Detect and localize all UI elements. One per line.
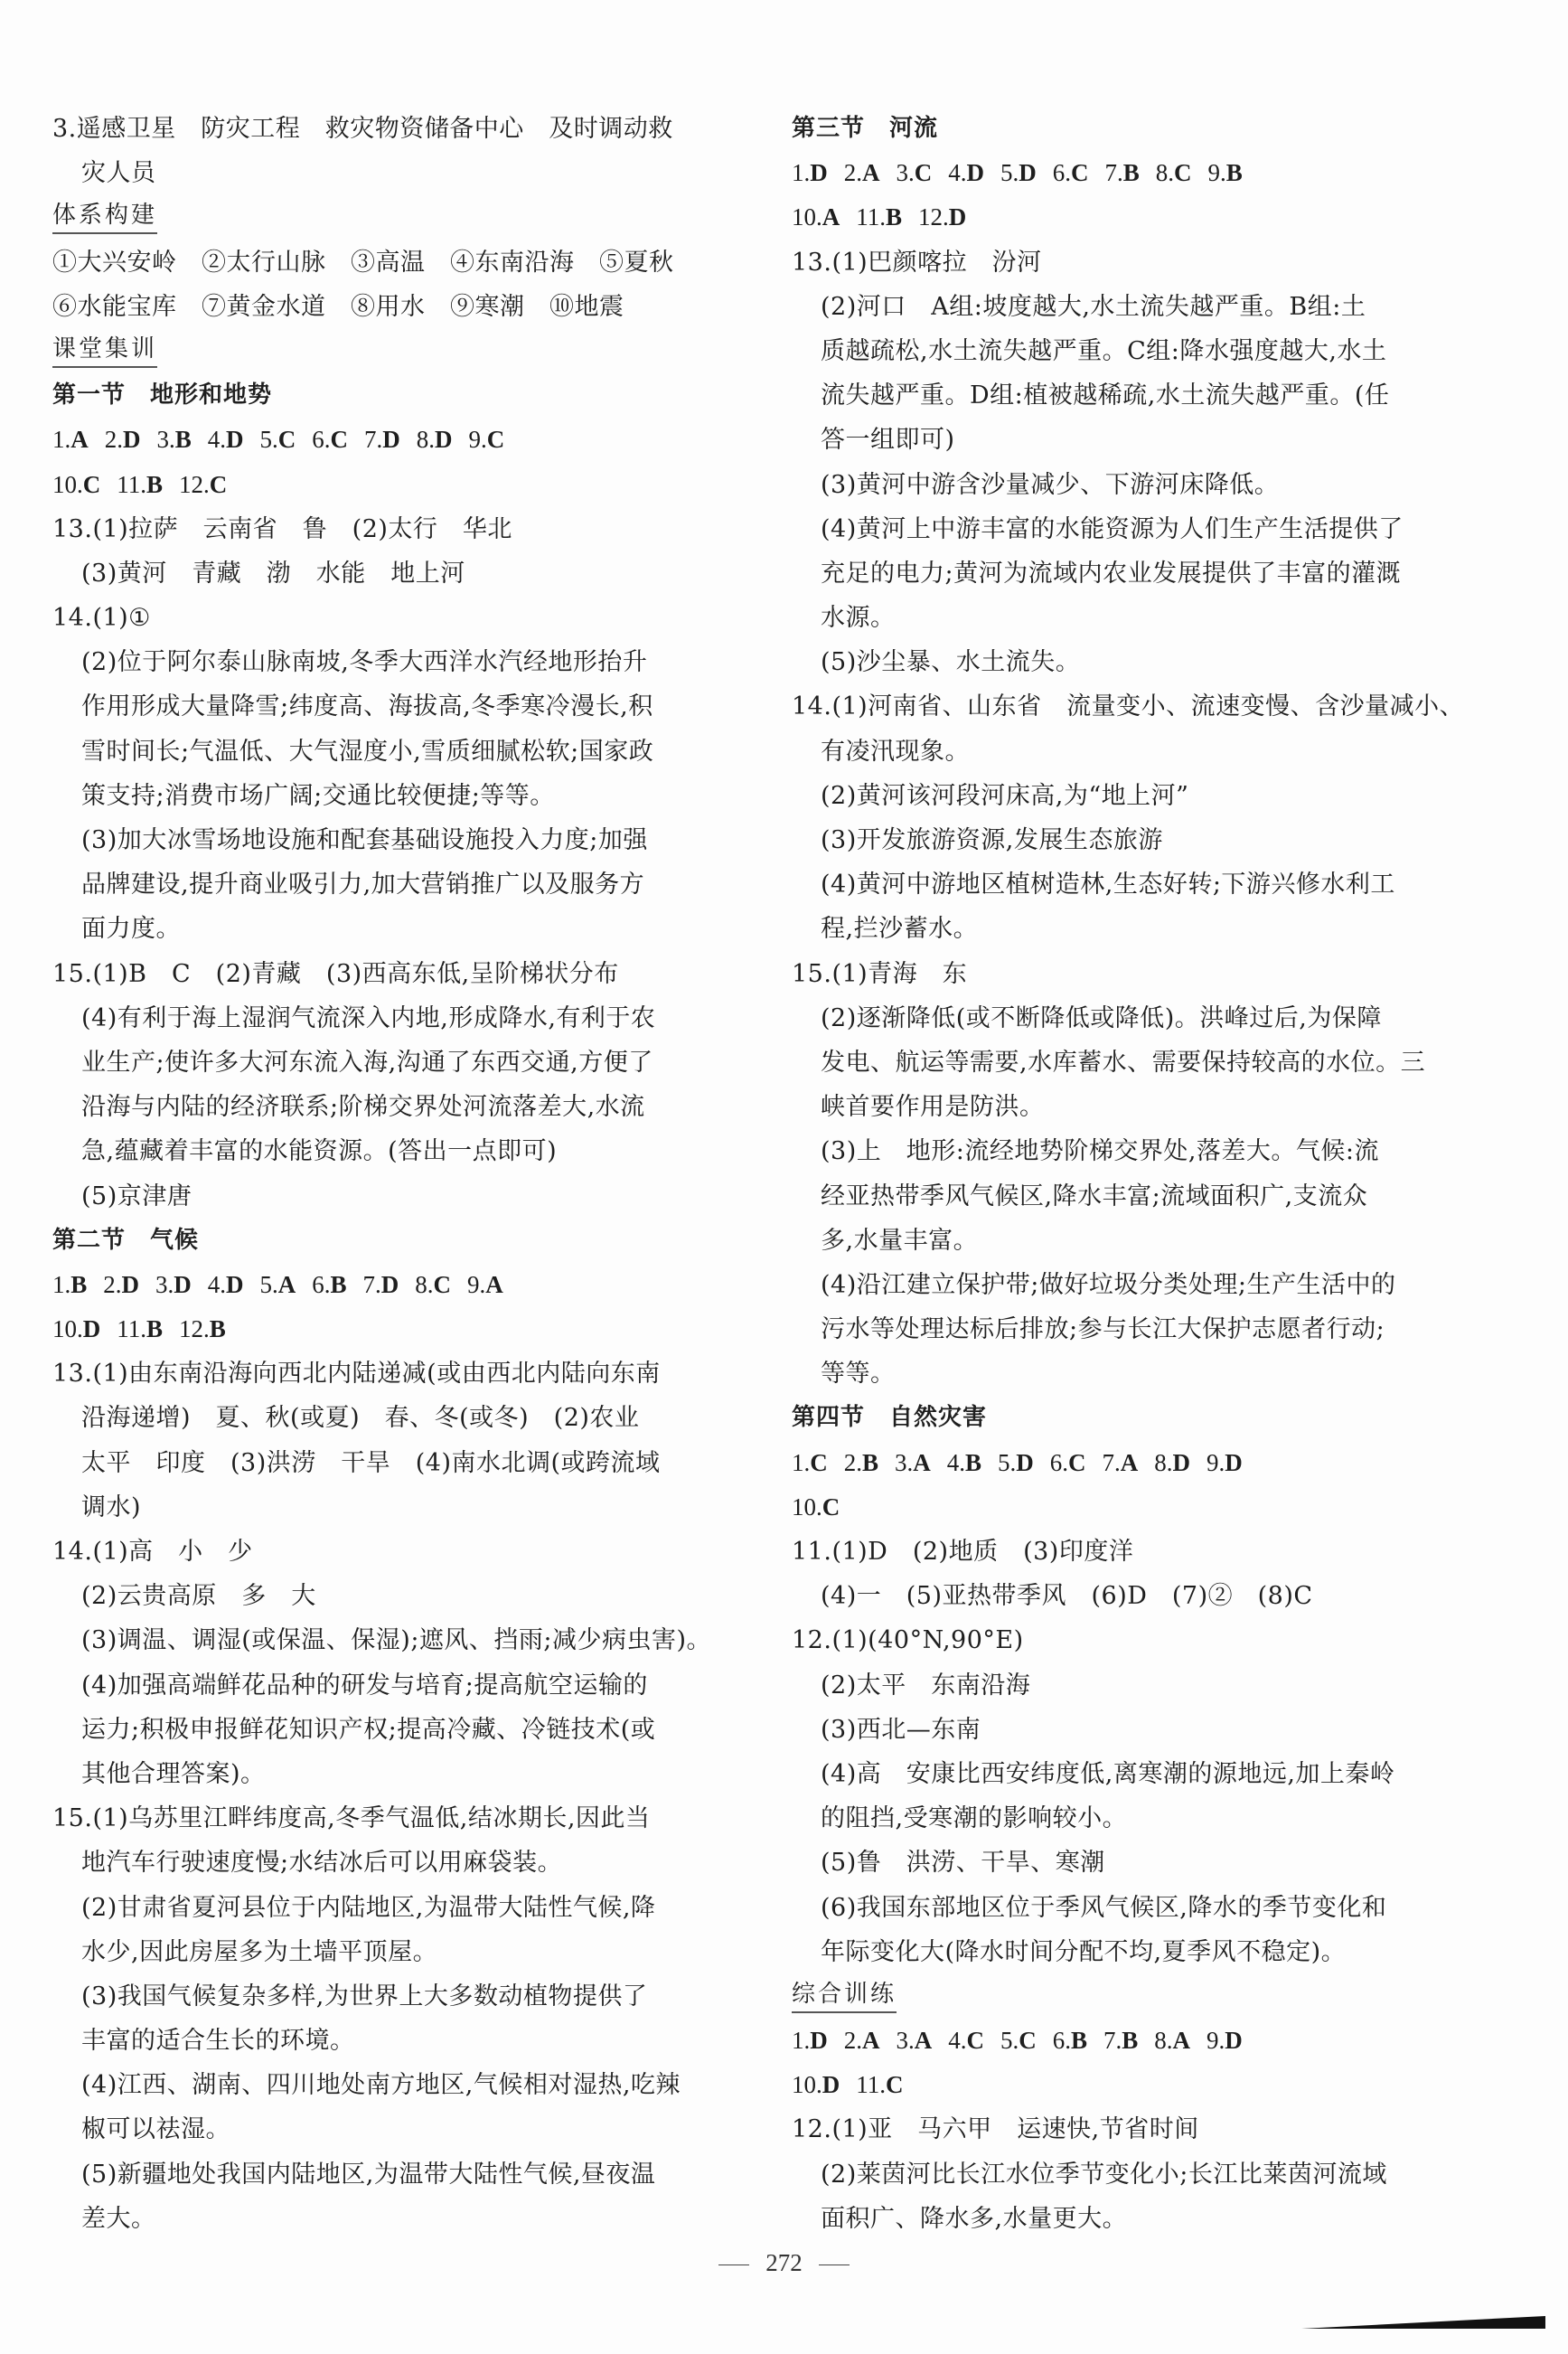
text-line: 14.(1)河南省、山东省 流量变小、流速变慢、含沙量减小、	[792, 684, 1460, 729]
question-number: 4.	[208, 1271, 226, 1298]
mc-answer: 7.A	[1103, 1441, 1139, 1485]
mc-answer: 5.D	[998, 1441, 1034, 1485]
question-number: 10.	[792, 1493, 822, 1521]
answer-letter: D	[174, 1271, 192, 1298]
answer-letter: A	[70, 426, 89, 453]
section-title: 第四节 自然灾害	[792, 1396, 1460, 1440]
question-number: 1.	[792, 159, 810, 186]
text-line: 程,拦沙蓄水。	[792, 907, 1460, 951]
mc-answer: 10.D	[792, 2063, 840, 2107]
text-line: 12.(1)(40°N,90°E)	[792, 1618, 1460, 1662]
question-number: 6.	[312, 426, 330, 453]
page-edge-shadow	[1301, 2316, 1545, 2329]
answer-letter: C	[1068, 1449, 1086, 1476]
question-number: 5.	[1000, 2027, 1019, 2054]
text-line: 发电、航运等需要,水库蓄水、需要保持较高的水位。三	[792, 1040, 1460, 1085]
block-title-classroom-training: 课堂集训	[52, 329, 721, 373]
text-line: 品牌建设,提升商业吸引力,加大营销推广以及服务方	[52, 862, 721, 907]
mc-answer: 6.B	[312, 1263, 346, 1307]
text-line: 调水)	[52, 1485, 721, 1530]
text-line: (4)黄河上中游丰富的水能资源为人们生产生活提供了	[792, 507, 1460, 551]
text-line: 15.(1)青海 东	[792, 952, 1460, 996]
mc-answer: 1.B	[52, 1263, 87, 1307]
mc-answers-row: 1.C2.B3.A4.B5.D6.C7.A8.D9.D	[792, 1441, 1460, 1485]
answer-letter: A	[862, 2027, 880, 2054]
text-line: 水少,因此房屋多为土墙平顶屋。	[52, 1930, 721, 1974]
text-line: (2)河口 A组:坡度越大,水土流失越严重。B组:土	[792, 285, 1460, 329]
mc-answer: 3.A	[895, 1441, 931, 1485]
answer-letter: D	[123, 426, 141, 453]
answer-letter: A	[1121, 1449, 1139, 1476]
text-line: ①大兴安岭 ②太行山脉 ③高温 ④东南沿海 ⑤夏秋	[52, 240, 721, 285]
question-number: 2.	[844, 1449, 862, 1476]
answer-letter: B	[146, 1315, 163, 1342]
mc-answers-row: 1.D2.A3.C4.D5.D6.C7.B8.C9.B	[792, 151, 1460, 195]
mc-answer: 8.A	[1154, 2019, 1190, 2063]
right-column: 第三节 河流 1.D2.A3.C4.D5.D6.C7.B8.C9.B 10.A1…	[792, 107, 1460, 2241]
text-line: (4)有利于海上湿润气流深入内地,形成降水,有利于农	[52, 996, 721, 1040]
question-number: 2.	[844, 2027, 862, 2054]
text-line: (3)开发旅游资源,发展生态旅游	[792, 818, 1460, 862]
mc-answers-row: 10.C	[792, 1485, 1460, 1530]
answer-letter: C	[487, 426, 505, 453]
mc-answer: 9.C	[469, 418, 505, 462]
text-line: 太平 印度 (3)洪涝 干旱 (4)南水北调(或跨流域	[52, 1441, 721, 1485]
question-number: 5.	[260, 1271, 278, 1298]
text-line: 15.(1)B C (2)青藏 (3)西高东低,呈阶梯状分布	[52, 952, 721, 996]
text-line: (3)我国气候复杂多样,为世界上大多数动植物提供了	[52, 1974, 721, 2019]
text-line: (2)云贵高原 多 大	[52, 1574, 721, 1618]
answer-lines: 12.(1)亚 马六甲 运速快,节省时间(2)莱茵河比长江水位季节变化小;长江比…	[792, 2107, 1460, 2241]
mc-answer: 12.D	[918, 195, 966, 240]
answer-letter: B	[146, 471, 163, 498]
question-number: 1.	[52, 1271, 70, 1298]
text-line: (2)太平 东南沿海	[792, 1663, 1460, 1708]
question-number: 9.	[469, 426, 487, 453]
question-number: 2.	[103, 1271, 121, 1298]
text-line: 的阻挡,受寒潮的影响较小。	[792, 1796, 1460, 1841]
answer-lines: 11.(1)D (2)地质 (3)印度洋(4)一 (5)亚热带季风 (6)D (…	[792, 1530, 1460, 1974]
question-number: 1.	[792, 2027, 810, 2054]
text-line: 11.(1)D (2)地质 (3)印度洋	[792, 1530, 1460, 1574]
mc-answer: 12.B	[179, 1307, 226, 1351]
text-line: 雪时间长;气温低、大气湿度小,雪质细腻松软;国家政	[52, 730, 721, 774]
text-line: (5)新疆地处我国内陆地区,为温带大陆性气候,昼夜温	[52, 2152, 721, 2197]
question-number: 7.	[1103, 1449, 1121, 1476]
answer-letter: B	[862, 1449, 878, 1476]
answer-letter: C	[331, 426, 349, 453]
mc-answer: 1.D	[792, 2019, 828, 2063]
answer-letter: C	[810, 1449, 828, 1476]
question-number: 8.	[1156, 159, 1174, 186]
mc-answer: 6.B	[1053, 2019, 1087, 2063]
block-title-label: 综合训练	[792, 1977, 897, 2013]
question-number: 4.	[947, 1449, 965, 1476]
question-number: 3.	[895, 1449, 913, 1476]
mc-answer: 4.D	[208, 1263, 244, 1307]
mc-answer: 9.D	[1207, 2019, 1243, 2063]
page-number: 272	[765, 2249, 803, 2276]
question-number: 1.	[52, 426, 70, 453]
answer-lines: 13.(1)拉萨 云南省 鲁 (2)太行 华北(3)黄河 青藏 渤 水能 地上河…	[52, 507, 721, 1219]
text-line: (2)位于阿尔泰山脉南坡,冬季大西洋水汽经地形抬升	[52, 640, 721, 684]
text-line: (4)高 安康比西安纬度低,离寒潮的源地远,加上秦岭	[792, 1752, 1460, 1796]
mc-answer: 2.D	[103, 1263, 139, 1307]
text-line: 质越疏松,水土流失越严重。C组:降水强度越大,水土	[792, 329, 1460, 373]
text-line: 其他合理答案)。	[52, 1752, 721, 1796]
text-line: 多,水量丰富。	[792, 1219, 1460, 1263]
text-line: 3.遥感卫星 防灾工程 救灾物资储备中心 及时调动救	[52, 107, 721, 151]
text-line: 水源。	[792, 596, 1460, 640]
question-number: 12.	[179, 1315, 210, 1342]
mc-answer: 3.D	[155, 1263, 192, 1307]
text-line: (2)甘肃省夏河县位于内陆地区,为温带大陆性气候,降	[52, 1886, 721, 1930]
text-line: 面积广、降水多,水量更大。	[792, 2197, 1460, 2241]
answer-letter: D	[1225, 2027, 1243, 2054]
mc-answer: 6.C	[312, 418, 348, 462]
mc-answer: 11.B	[117, 463, 163, 507]
question-number: 8.	[417, 426, 435, 453]
mc-answer: 5.D	[1000, 151, 1037, 195]
question-number: 4.	[208, 426, 226, 453]
mc-answer: 8.D	[1154, 1441, 1190, 1485]
text-line: (3)上 地形:流经地势阶梯交界处,落差大。气候:流	[792, 1129, 1460, 1173]
answer-letter: D	[810, 159, 828, 186]
answer-letter: D	[122, 1271, 140, 1298]
mc-answer: 5.C	[260, 418, 296, 462]
question-number: 6.	[1053, 2027, 1071, 2054]
text-line: 答一组即可)	[792, 418, 1460, 462]
answer-letter: A	[278, 1271, 296, 1298]
section-title: 第二节 气候	[52, 1219, 721, 1263]
answer-letter: C	[278, 426, 296, 453]
text-line: (5)京津唐	[52, 1174, 721, 1219]
footer-dash-right	[819, 2265, 850, 2265]
mc-answers-row: 1.D2.A3.A4.C5.C6.B7.B8.A9.D	[792, 2019, 1460, 2063]
question-number: 6.	[1050, 1449, 1068, 1476]
mc-answer: 6.C	[1053, 151, 1089, 195]
mc-answer: 8.D	[417, 418, 453, 462]
text-line: 年际变化大(降水时间分配不均,夏季风不稳定)。	[792, 1930, 1460, 1974]
answer-letter: D	[435, 426, 453, 453]
question-number: 8.	[1154, 1449, 1172, 1476]
mc-answer: 3.C	[897, 151, 933, 195]
mc-answer: 4.D	[948, 151, 984, 195]
mc-answer: 11.B	[117, 1307, 163, 1351]
question-number: 2.	[844, 159, 862, 186]
text-line: 面力度。	[52, 907, 721, 951]
question-number: 7.	[364, 426, 382, 453]
answer-letter: A	[485, 1271, 503, 1298]
text-line: 污水等处理达标后排放;参与长江大保护志愿者行动;	[792, 1307, 1460, 1351]
block-title-system-construction: 体系构建	[52, 195, 721, 240]
answer-letter: D	[381, 1271, 399, 1298]
mc-answer: 1.A	[52, 418, 89, 462]
text-line: (5)鲁 洪涝、干旱、寒潮	[792, 1841, 1460, 1885]
answer-letter: C	[1071, 159, 1089, 186]
question-number: 6.	[1053, 159, 1071, 186]
text-line: 灾人员	[52, 151, 721, 195]
mc-answer: 2.B	[844, 1441, 878, 1485]
text-line: 策支持;消费市场广阔;交通比较便捷;等等。	[52, 774, 721, 818]
answer-letter: A	[862, 159, 880, 186]
question-number: 4.	[948, 2027, 966, 2054]
mc-answer: 7.B	[1103, 2019, 1138, 2063]
mc-answer: 5.C	[1000, 2019, 1037, 2063]
text-line: (4)一 (5)亚热带季风 (6)D (7)② (8)C	[792, 1574, 1460, 1618]
text-line: 地汽车行驶速度慢;水结冰后可以用麻袋装。	[52, 1841, 721, 1885]
question-number: 11.	[856, 2071, 886, 2098]
question-number: 5.	[998, 1449, 1016, 1476]
text-line: 急,蕴藏着丰富的水能资源。(答出一点即可)	[52, 1129, 721, 1173]
text-line: 有凌汛现象。	[792, 730, 1460, 774]
block-title-comprehensive-training: 综合训练	[792, 1974, 1460, 2019]
text-line: (3)调温、调湿(或保温、保湿);遮风、挡雨;减少病虫害)。	[52, 1618, 721, 1662]
text-line: ⑥水能宝库 ⑦黄金水道 ⑧用水 ⑨寒潮 ⑩地震	[52, 285, 721, 329]
text-line: 13.(1)巴颜喀拉 汾河	[792, 240, 1460, 285]
answer-letter: B	[886, 203, 902, 231]
answer-letter: C	[915, 159, 933, 186]
answer-letter: B	[175, 426, 192, 453]
mc-answer: 5.A	[260, 1263, 296, 1307]
answer-letter: C	[210, 471, 228, 498]
question-number: 11.	[117, 471, 146, 498]
block-title-label: 体系构建	[52, 198, 157, 234]
answer-letter: D	[226, 1271, 244, 1298]
text-line: 13.(1)拉萨 云南省 鲁 (2)太行 华北	[52, 507, 721, 551]
question-number: 7.	[363, 1271, 381, 1298]
text-line: (2)黄河该河段河床高,为“地上河”	[792, 774, 1460, 818]
answer-letter: C	[886, 2071, 904, 2098]
text-line: 沿海与内陆的经济联系;阶梯交界处河流落差大,水流	[52, 1085, 721, 1129]
text-line: (3)加大冰雪场地设施和配套基础设施投入力度;加强	[52, 818, 721, 862]
question-number: 9.	[1208, 159, 1226, 186]
answer-letter: C	[822, 1493, 840, 1521]
answer-letter: D	[1019, 159, 1037, 186]
question-number: 12.	[918, 203, 949, 231]
question-number: 10.	[792, 203, 822, 231]
mc-answer: 4.B	[947, 1441, 981, 1485]
question-number: 8.	[1154, 2027, 1172, 2054]
mc-answer: 10.C	[52, 463, 100, 507]
answer-letter: D	[810, 2027, 828, 2054]
page-footer: 272	[0, 2249, 1568, 2277]
question-number: 3.	[897, 2027, 915, 2054]
text-line: 等等。	[792, 1351, 1460, 1396]
mc-answer: 9.B	[1208, 151, 1243, 195]
mc-answer: 2.A	[844, 151, 880, 195]
text-line: (3)西北—东南	[792, 1708, 1460, 1752]
question-number: 10.	[52, 1315, 83, 1342]
question-number: 9.	[467, 1271, 485, 1298]
text-line: (3)黄河 青藏 渤 水能 地上河	[52, 551, 721, 596]
question-number: 9.	[1207, 2027, 1225, 2054]
answer-letter: B	[1122, 2027, 1138, 2054]
mc-answer: 10.C	[792, 1485, 840, 1530]
mc-answer: 7.D	[364, 418, 400, 462]
question-number: 4.	[948, 159, 966, 186]
answer-letter: B	[70, 1271, 87, 1298]
section-title: 第三节 河流	[792, 107, 1460, 151]
section-title: 第一节 地形和地势	[52, 373, 721, 418]
mc-answers-row: 1.B2.D3.D4.D5.A6.B7.D8.C9.A	[52, 1263, 721, 1307]
text-line: 充足的电力;黄河为流域内农业发展提供了丰富的灌溉	[792, 551, 1460, 596]
text-line: (4)江西、湖南、四川地处南方地区,气候相对湿热,吃辣	[52, 2063, 721, 2107]
question-number: 5.	[260, 426, 278, 453]
answer-letter: D	[1016, 1449, 1034, 1476]
answer-letter: B	[210, 1315, 226, 1342]
answer-letter: C	[434, 1271, 452, 1298]
mc-answer: 9.A	[467, 1263, 503, 1307]
question-number: 3.	[897, 159, 915, 186]
mc-answer: 10.D	[52, 1307, 100, 1351]
text-line: 沿海递增) 夏、秋(或夏) 春、冬(或冬) (2)农业	[52, 1396, 721, 1440]
footer-dash-left	[718, 2265, 749, 2265]
mc-answer: 1.C	[792, 1441, 828, 1485]
mc-answers-row: 10.D11.C	[792, 2063, 1460, 2107]
text-line: 丰富的适合生长的环境。	[52, 2019, 721, 2063]
mc-answers-row: 10.C11.B12.C	[52, 463, 721, 507]
answer-letter: A	[913, 1449, 931, 1476]
text-line: 差大。	[52, 2197, 721, 2241]
answer-letter: C	[1019, 2027, 1037, 2054]
question-number: 2.	[105, 426, 123, 453]
text-line: (4)加强高端鲜花品种的研发与培育;提高航空运输的	[52, 1663, 721, 1708]
answer-letter: C	[83, 471, 101, 498]
text-line: (5)沙尘暴、水土流失。	[792, 640, 1460, 684]
question-number: 8.	[415, 1271, 433, 1298]
mc-answers-row: 10.A11.B12.D	[792, 195, 1460, 240]
text-line: (3)黄河中游含沙量减少、下游河床降低。	[792, 463, 1460, 507]
answer-letter: A	[1173, 2027, 1191, 2054]
answer-lines: 13.(1)巴颜喀拉 汾河(2)河口 A组:坡度越大,水土流失越严重。B组:土质…	[792, 240, 1460, 1397]
answer-letter: B	[331, 1271, 347, 1298]
question-number: 10.	[792, 2071, 822, 2098]
answer-letter: C	[967, 2027, 985, 2054]
answer-letter: D	[949, 203, 967, 231]
answer-letter: A	[915, 2027, 933, 2054]
mc-answer: 8.C	[415, 1263, 451, 1307]
answer-letter: D	[822, 2071, 840, 2098]
answer-letter: C	[1174, 159, 1192, 186]
text-line: (2)逐渐降低(或不断降低或降低)。洪峰过后,为保障	[792, 996, 1460, 1040]
mc-answer: 11.B	[856, 195, 902, 240]
block-title-label: 课堂集训	[52, 332, 157, 368]
left-column: 3.遥感卫星 防灾工程 救灾物资储备中心 及时调动救 灾人员 体系构建 ①大兴安…	[52, 107, 721, 2241]
mc-answer: 3.A	[897, 2019, 933, 2063]
text-line: 椒可以祛湿。	[52, 2107, 721, 2152]
answer-lines: 13.(1)由东南沿海向西北内陆递减(或由西北内陆向东南沿海递增) 夏、秋(或夏…	[52, 1351, 721, 2241]
mc-answer: 3.B	[157, 418, 192, 462]
question-number: 9.	[1207, 1449, 1225, 1476]
question-number: 3.	[157, 426, 175, 453]
mc-answers-row: 1.A2.D3.B4.D5.C6.C7.D8.D9.C	[52, 418, 721, 462]
text-line: 流失越严重。D组:植被越稀疏,水土流失越严重。(任	[792, 373, 1460, 418]
answer-letter: D	[382, 426, 400, 453]
text-line: 13.(1)由东南沿海向西北内陆递减(或由西北内陆向东南	[52, 1351, 721, 1396]
answer-letter: B	[1226, 159, 1243, 186]
text-line: 12.(1)亚 马六甲 运速快,节省时间	[792, 2107, 1460, 2152]
answer-letter: D	[967, 159, 985, 186]
answer-letter: D	[1225, 1449, 1243, 1476]
mc-answer: 7.D	[363, 1263, 399, 1307]
mc-answer: 10.A	[792, 195, 840, 240]
answer-letter: D	[83, 1315, 101, 1342]
question-number: 7.	[1105, 159, 1123, 186]
answer-letter: A	[822, 203, 840, 231]
question-number: 3.	[155, 1271, 174, 1298]
text-line: 作用形成大量降雪;纬度高、海拔高,冬季寒冷漫长,积	[52, 684, 721, 729]
mc-answer: 12.C	[179, 463, 227, 507]
text-line: 经亚热带季风气候区,降水丰富;流域面积广,支流众	[792, 1174, 1460, 1219]
mc-answer: 11.C	[856, 2063, 903, 2107]
mc-answer: 9.D	[1207, 1441, 1243, 1485]
question-number: 11.	[856, 203, 886, 231]
answer-letter: B	[965, 1449, 981, 1476]
question-number: 5.	[1000, 159, 1019, 186]
mc-answer: 6.C	[1050, 1441, 1086, 1485]
text-line: (4)黄河中游地区植树造林,生态好转;下游兴修水利工	[792, 862, 1460, 907]
text-line: (4)沿江建立保护带;做好垃圾分类处理;生产生活中的	[792, 1263, 1460, 1307]
mc-answer: 8.C	[1156, 151, 1192, 195]
text-line: (6)我国东部地区位于季风气候区,降水的季节变化和	[792, 1886, 1460, 1930]
text-line: 峡首要作用是防洪。	[792, 1085, 1460, 1129]
text-line: 业生产;使许多大河东流入海,沟通了东西交通,方便了	[52, 1040, 721, 1085]
question-number: 10.	[52, 471, 83, 498]
question-number: 1.	[792, 1449, 810, 1476]
text-line: 15.(1)乌苏里江畔纬度高,冬季气温低,结冰期长,因此当	[52, 1796, 721, 1841]
answer-letter: D	[1173, 1449, 1191, 1476]
answer-letter: D	[226, 426, 244, 453]
mc-answer: 2.D	[105, 418, 141, 462]
text-line: (2)莱茵河比长江水位季节变化小;长江比莱茵河流域	[792, 2152, 1460, 2197]
mc-answer: 4.C	[948, 2019, 984, 2063]
answer-letter: B	[1123, 159, 1140, 186]
mc-answer: 2.A	[844, 2019, 880, 2063]
question-number: 7.	[1103, 2027, 1122, 2054]
question-number: 6.	[312, 1271, 330, 1298]
question-number: 11.	[117, 1315, 146, 1342]
text-line: 运力;积极申报鲜花知识产权;提高冷藏、冷链技术(或	[52, 1708, 721, 1752]
mc-answer: 7.B	[1105, 151, 1140, 195]
text-line: 14.(1)①	[52, 596, 721, 640]
answer-letter: B	[1071, 2027, 1087, 2054]
mc-answer: 1.D	[792, 151, 828, 195]
question-number: 12.	[179, 471, 210, 498]
mc-answer: 4.D	[208, 418, 244, 462]
mc-answers-row: 10.D11.B12.B	[52, 1307, 721, 1351]
text-line: 14.(1)高 小 少	[52, 1530, 721, 1574]
